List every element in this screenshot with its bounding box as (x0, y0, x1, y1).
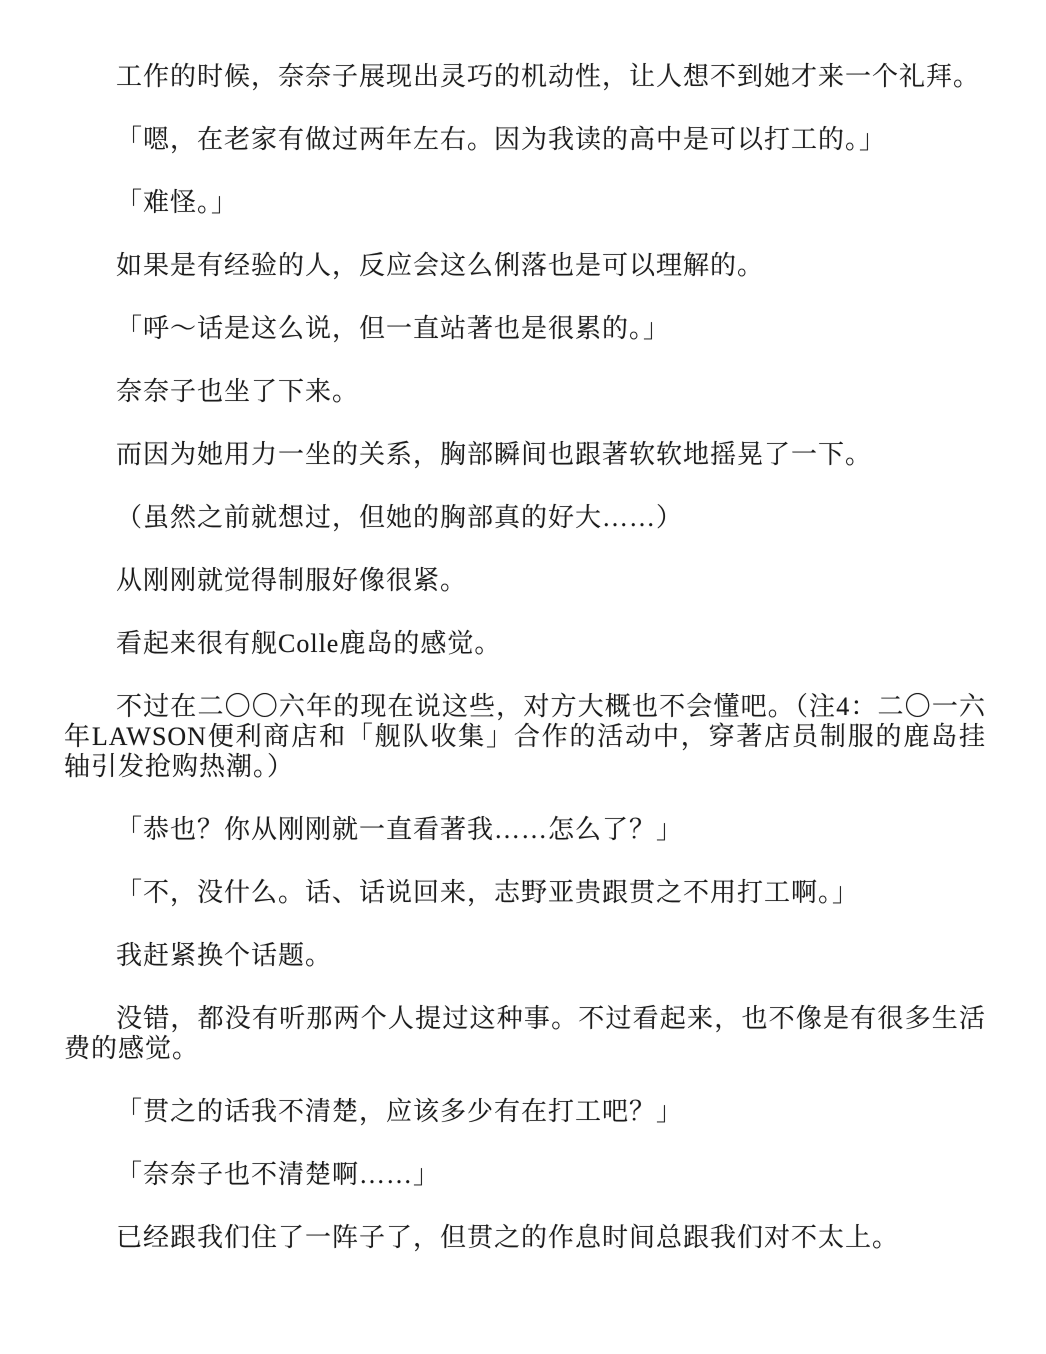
paragraph: 不过在二〇〇六年的现在说这些，对方大概也不会懂吧。（注4：二〇一六年LAWSON… (64, 692, 986, 782)
paragraph: 从刚刚就觉得制服好像很紧。 (64, 566, 986, 596)
paragraph: 「不，没什么。话、话说回来，志野亚贵跟贯之不用打工啊。」 (64, 878, 986, 908)
paragraph: 「难怪。」 (64, 188, 986, 218)
paragraph: 如果是有经验的人，反应会这么俐落也是可以理解的。 (64, 251, 986, 281)
paragraph: 我赶紧换个话题。 (64, 941, 986, 971)
paragraph: 没错，都没有听那两个人提过这种事。不过看起来，也不像是有很多生活费的感觉。 (64, 1004, 986, 1064)
paragraph: 「贯之的话我不清楚，应该多少有在打工吧？」 (64, 1097, 986, 1127)
paragraph: 「嗯，在老家有做过两年左右。因为我读的高中是可以打工的。」 (64, 125, 986, 155)
paragraph: （虽然之前就想过，但她的胸部真的好大……） (64, 503, 986, 533)
paragraph: 「奈奈子也不清楚啊……」 (64, 1160, 986, 1190)
paragraph: 「呼～话是这么说，但一直站著也是很累的。」 (64, 314, 986, 344)
novel-text-block: 工作的时候，奈奈子展现出灵巧的机动性，让人想不到她才来一个礼拜。「嗯，在老家有做… (64, 62, 986, 1253)
paragraph: 看起来很有舰Colle鹿岛的感觉。 (64, 629, 986, 659)
paragraph: 工作的时候，奈奈子展现出灵巧的机动性，让人想不到她才来一个礼拜。 (64, 62, 986, 92)
book-page: 工作的时候，奈奈子展现出灵巧的机动性，让人想不到她才来一个礼拜。「嗯，在老家有做… (0, 0, 1046, 1354)
paragraph: 已经跟我们住了一阵子了，但贯之的作息时间总跟我们对不太上。 (64, 1223, 986, 1253)
paragraph: 而因为她用力一坐的关系，胸部瞬间也跟著软软地摇晃了一下。 (64, 440, 986, 470)
paragraph: 「恭也？你从刚刚就一直看著我……怎么了？」 (64, 815, 986, 845)
paragraph: 奈奈子也坐了下来。 (64, 377, 986, 407)
